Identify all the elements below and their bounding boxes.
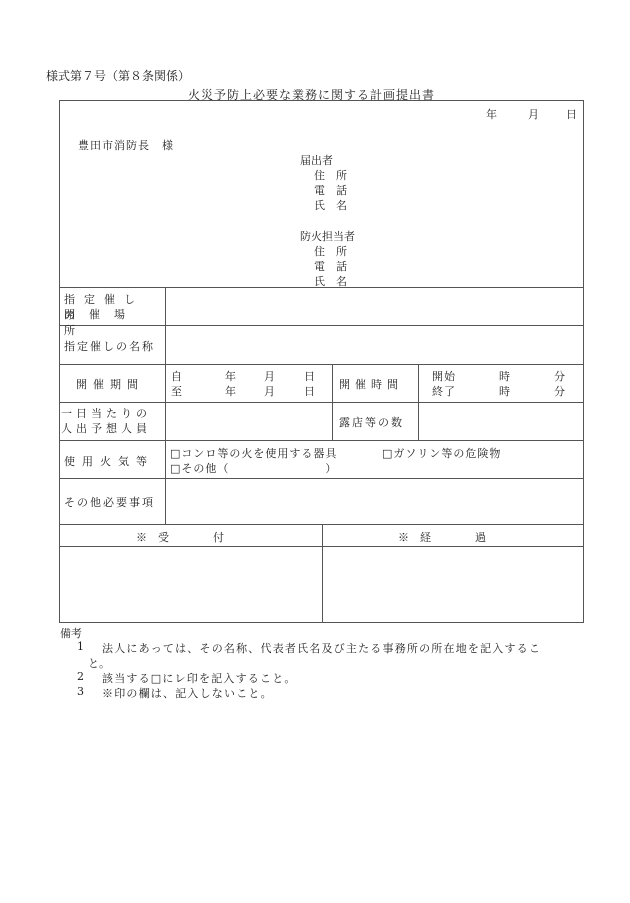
period-from-month: 月: [264, 368, 275, 384]
fire-manager-address-label[interactable]: 住 所: [314, 243, 347, 259]
attendance-label-line1: 一日当たりの: [61, 405, 151, 421]
period-label: 開催期間: [76, 376, 144, 392]
period-to-day: 日: [304, 383, 315, 399]
date-day-label: 日: [566, 106, 577, 122]
fire-manager-phone-label[interactable]: 電 話: [314, 258, 347, 274]
event-name-label: 指定催しの名称: [64, 338, 155, 354]
venue-input[interactable]: [166, 288, 583, 325]
divider: [59, 440, 584, 441]
progress-area: [323, 547, 583, 622]
stalls-label: 露店等の数: [339, 414, 404, 430]
note-2-number: 2: [77, 670, 84, 683]
notifier-name-label[interactable]: 氏 名: [314, 197, 347, 213]
notifier-heading: 届出者: [300, 152, 333, 168]
reception-area: [60, 547, 322, 622]
fire-manager-heading: 防火担当者: [300, 228, 355, 244]
note-1-text: 法人にあっては、その名称、代表者氏名及び主たる事務所の所在地を記入するこ: [102, 640, 541, 656]
hours-start: 開始: [432, 368, 456, 384]
stalls-input[interactable]: [419, 403, 583, 440]
attendance-input[interactable]: [166, 403, 332, 440]
reception-header: ※ 受 付: [136, 529, 224, 545]
form-number: 様式第７号（第８条関係）: [46, 67, 190, 84]
fire-use-option-gasoline[interactable]: □ガソリン等の危険物: [382, 445, 501, 461]
period-from-day: 日: [304, 368, 315, 384]
note-2-text: 該当する□にレ印を記入すること。: [102, 670, 297, 686]
progress-header: ※ 経 過: [398, 529, 486, 545]
divider: [332, 364, 333, 440]
period-from: 自: [171, 368, 182, 384]
hours-start-minute: 分: [554, 368, 565, 384]
attendance-label-line2: 人出予想人員: [61, 420, 151, 436]
fire-use-option-other[interactable]: □その他（ ）: [170, 460, 337, 476]
fire-use-option-stove[interactable]: □コンロ等の火を使用する器具: [170, 445, 337, 461]
venue-label-line2: 開催場所: [64, 306, 160, 338]
note-1-number: 1: [77, 640, 84, 653]
period-to-year: 年: [225, 383, 236, 399]
notes-heading: 備考: [60, 625, 82, 641]
addressee: 豊田市消防長 様: [78, 137, 174, 153]
hours-end: 終了: [432, 383, 456, 399]
note-3-text: ※印の欄は、記入しないこと。: [102, 685, 273, 701]
note-3-number: 3: [77, 685, 84, 698]
period-from-year: 年: [225, 368, 236, 384]
notifier-address-label[interactable]: 住 所: [314, 167, 347, 183]
date-month-label: 月: [528, 106, 539, 122]
notifier-phone-label[interactable]: 電 話: [314, 182, 347, 198]
hours-start-hour: 時: [499, 368, 510, 384]
other-label: その他必要事項: [64, 494, 155, 510]
hours-end-minute: 分: [554, 383, 565, 399]
event-name-input[interactable]: [166, 326, 583, 364]
note-1-continuation: と。: [88, 655, 110, 671]
date-year-label: 年: [486, 106, 497, 122]
hours-label: 開催時間: [339, 376, 403, 392]
fire-use-label: 使用火気等: [64, 453, 154, 469]
hours-end-hour: 時: [499, 383, 510, 399]
period-to: 至: [171, 383, 182, 399]
other-input[interactable]: [166, 479, 583, 524]
period-to-month: 月: [264, 383, 275, 399]
